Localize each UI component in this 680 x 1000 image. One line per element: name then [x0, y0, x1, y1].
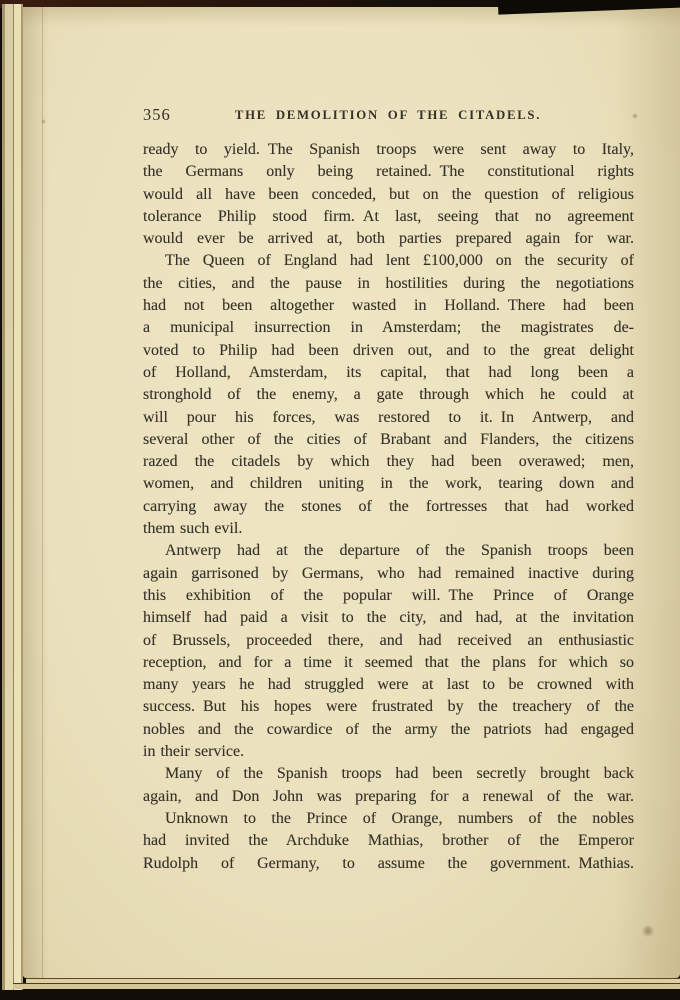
text-line: The Queen of England had lent £100,000 o… [143, 250, 634, 272]
text-line: would ever be arrived at, both parties p… [143, 228, 634, 250]
text-line: a municipal insurrection in Amsterdam; t… [143, 317, 634, 339]
paragraph: Antwerp had at the departure of the Span… [143, 540, 634, 763]
text-line: the Germans only being retained. The con… [143, 161, 634, 183]
text-line: Unknown to the Prince of Orange, numbers… [143, 808, 634, 830]
text-line: reception, and for a time it seemed that… [143, 652, 634, 674]
text-line: success. But his hopes were frustrated b… [143, 696, 634, 718]
underlying-page-edge [13, 983, 680, 989]
running-title: THE DEMOLITION OF THE CITADELS. [143, 105, 633, 123]
text-line: carrying away the stones of the fortress… [143, 496, 634, 518]
page-header: 356 THE DEMOLITION OF THE CITADELS. [143, 105, 633, 127]
page-edge-strip [14, 4, 21, 990]
text-line: will pour his forces, was restored to it… [143, 407, 634, 429]
book-page: 356 THE DEMOLITION OF THE CITADELS. read… [23, 7, 680, 978]
text-line: this exhibition of the popular will. The… [143, 585, 634, 607]
page-stain [641, 925, 655, 937]
paragraph: The Queen of England had lent £100,000 o… [143, 250, 634, 540]
page-stain [41, 119, 46, 124]
text-line: ready to yield. The Spanish troops were … [143, 139, 634, 161]
book-photo: 356 THE DEMOLITION OF THE CITADELS. read… [0, 0, 680, 1000]
text-line: of Holland, Amsterdam, its capital, that… [143, 362, 634, 384]
text-line: Rudolph of Germany, to assume the govern… [143, 853, 634, 875]
text-line: himself had paid a visit to the city, an… [143, 607, 634, 629]
text-line: Antwerp had at the departure of the Span… [143, 540, 634, 562]
text-line: in their service. [143, 741, 634, 763]
text-line: stronghold of the enemy, a gate through … [143, 384, 634, 406]
text-line: women, and children uniting in the work,… [143, 473, 634, 495]
text-line: razed the citadels by which they had bee… [143, 451, 634, 473]
text-line: again, and Don John was preparing for a … [143, 786, 634, 808]
paragraph: Many of the Spanish troops had been secr… [143, 763, 634, 808]
text-line: them such evil. [143, 518, 634, 540]
page-number: 356 [143, 105, 171, 125]
text-line: tolerance Philip stood firm. At last, se… [143, 206, 634, 228]
text-line: many years he had struggled were at last… [143, 674, 634, 696]
page-edge-strip [5, 4, 13, 990]
text-line: Many of the Spanish troops had been secr… [143, 763, 634, 785]
paragraph: ready to yield. The Spanish troops were … [143, 139, 634, 250]
text-line: voted to Philip had been driven out, and… [143, 340, 634, 362]
text-line: had not been altogether wasted in Hollan… [143, 295, 634, 317]
text-line: the cities, and the pause in hostilities… [143, 273, 634, 295]
text-line: again garrisoned by Germans, who had rem… [143, 563, 634, 585]
text-line: several other of the cities of Brabant a… [143, 429, 634, 451]
text-line: of Brussels, proceeded there, and had re… [143, 630, 634, 652]
text-line: nobles and the cowardice of the army the… [143, 719, 634, 741]
text-line: would all have been conceded, but on the… [143, 184, 634, 206]
text-line: had invited the Archduke Mathias, brothe… [143, 830, 634, 852]
text-block: ready to yield. The Spanish troops were … [143, 139, 634, 875]
page-crease [42, 7, 43, 978]
paragraph: Unknown to the Prince of Orange, numbers… [143, 808, 634, 875]
